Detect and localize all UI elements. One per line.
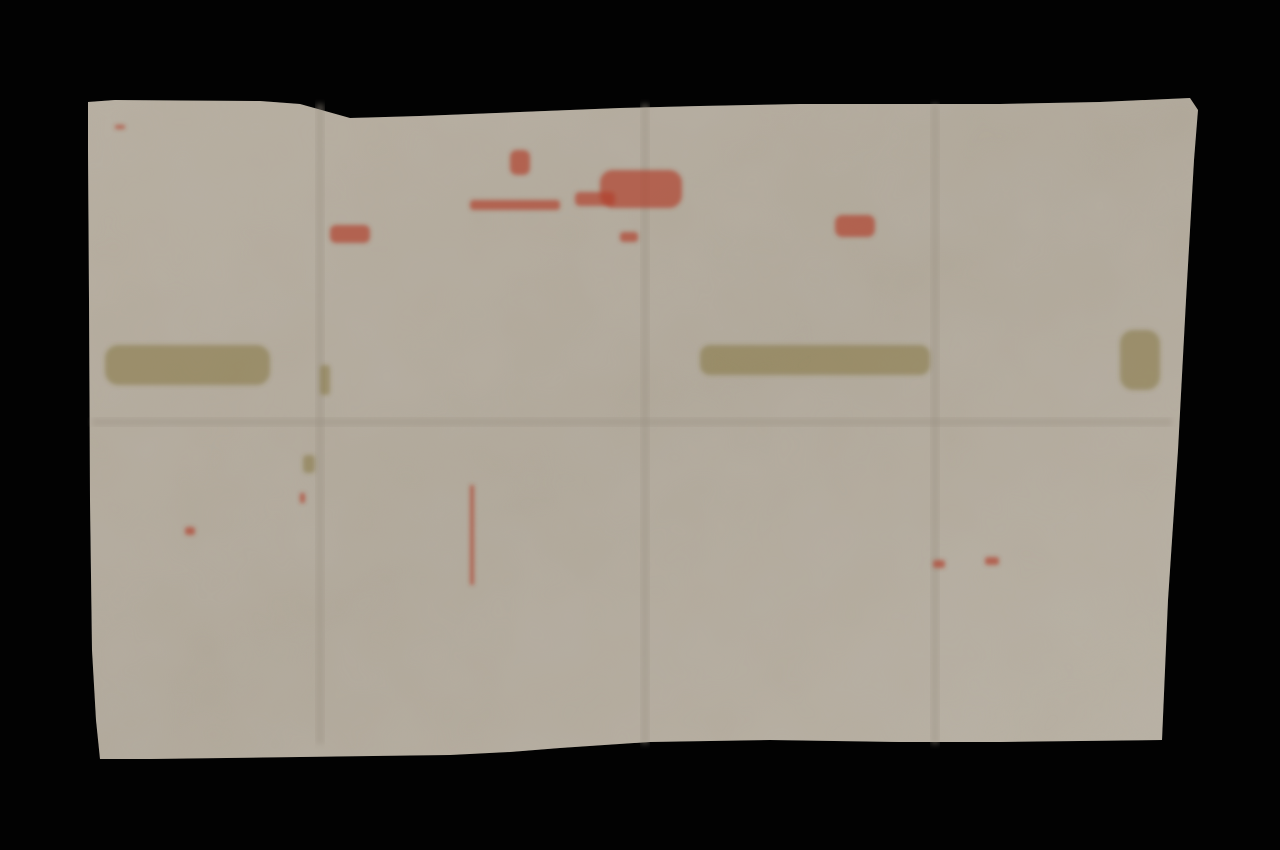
ink-trace [985, 557, 999, 565]
ink-trace [510, 150, 530, 175]
horizontal-fold [92, 418, 1172, 426]
parchment-document [0, 0, 1280, 850]
ink-trace [470, 485, 474, 585]
parchment-illustration [0, 0, 1280, 850]
ink-trace [575, 192, 615, 206]
ink-trace [330, 225, 370, 243]
ink-trace [835, 215, 875, 237]
photo-stage: Faded folded parchment document on black… [0, 0, 1280, 850]
ink-trace [105, 345, 270, 385]
ink-trace [1120, 330, 1160, 390]
ink-trace [320, 365, 330, 395]
ink-trace [470, 200, 560, 210]
ink-trace [303, 455, 315, 473]
ink-trace [620, 232, 638, 242]
ink-trace [115, 125, 125, 129]
ink-trace [185, 527, 195, 535]
ink-trace [933, 560, 945, 568]
ink-trace [700, 345, 930, 375]
ink-trace [300, 493, 305, 503]
